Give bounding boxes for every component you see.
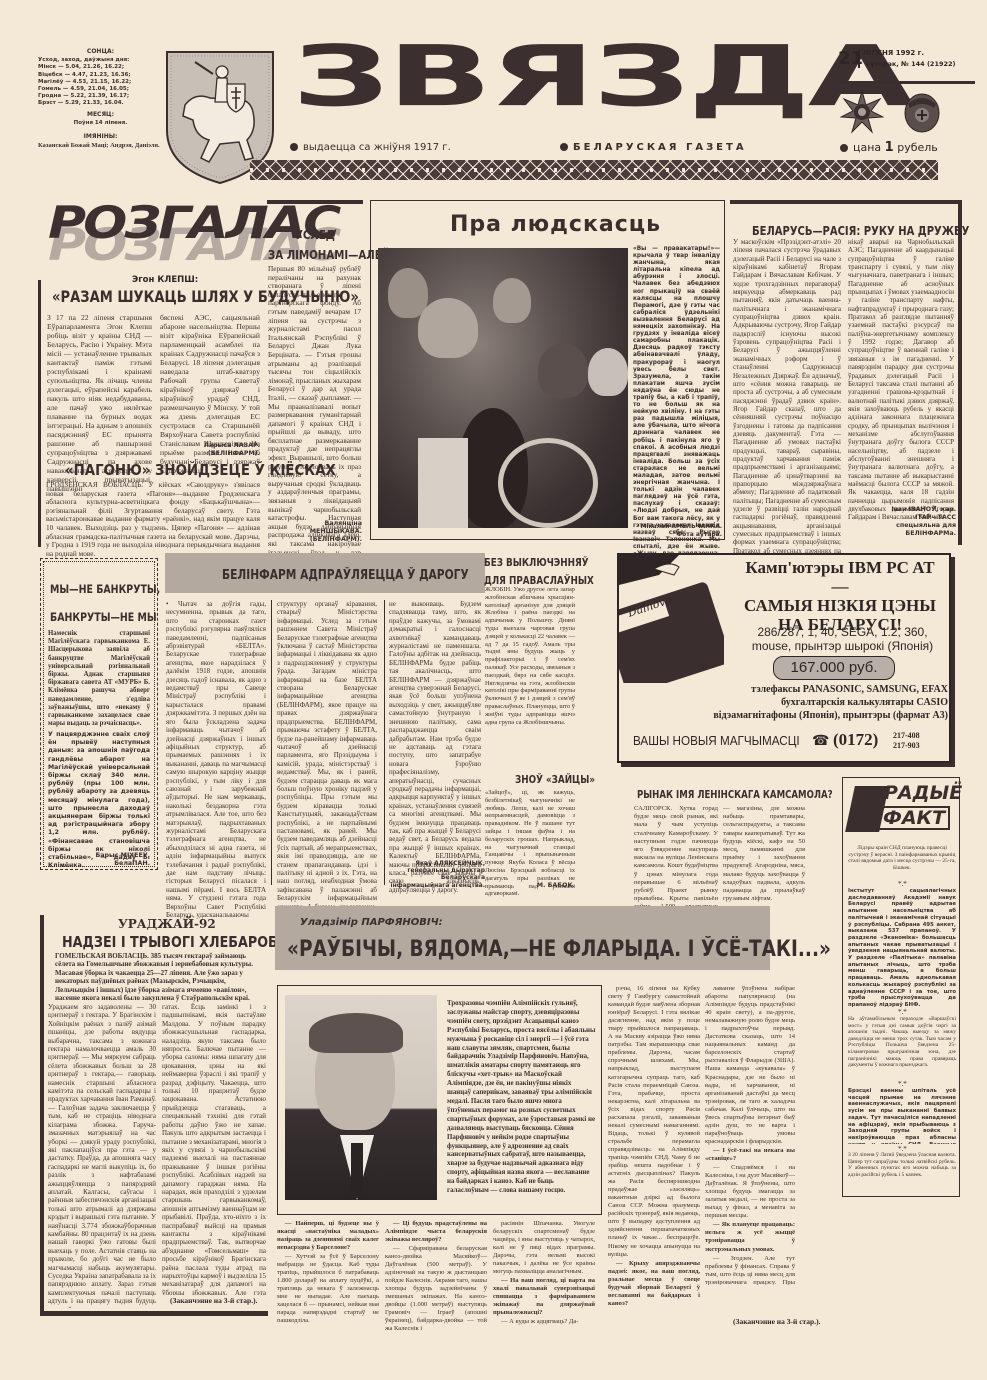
- article-body: структуру органаў кіравання, стварыў Мін…: [277, 600, 377, 919]
- radio-facts-logo: РАДЫЁ ФАКТ: [848, 782, 956, 838]
- article-body: САЛІГОРСК. Хутка горад будзе мець свой р…: [634, 805, 718, 920]
- article-body: ГРОДЗЕНСКАЯ ВОБЛАСЦЬ. У кіёсках «Саюздру…: [46, 481, 260, 558]
- moon-text: Поўня 14 ліпеня.: [38, 120, 163, 127]
- portrait-photo: [285, 995, 437, 1200]
- article-body: У маскоўскім «Прэзідэнт-атэлі» 20 ліпеня…: [733, 238, 841, 563]
- interview-answer: — Спадзяёмся і на Калесніка, і на дуэт М…: [705, 1164, 795, 1220]
- sun-row: Гродна — 5.22, 21.39, 16.17;: [38, 93, 163, 100]
- since-line: выдаецца са жніўня 1917 г.: [290, 142, 451, 153]
- interview-answer: расіянін Шпачанка. Увогуле беларускіх сп…: [493, 1220, 595, 1276]
- article-kicker: УРАДЖАЙ-92: [118, 917, 216, 931]
- rule: [40, 1311, 268, 1316]
- interview-question: — І ўсё-такі на некага вы «ставіце»?: [705, 1147, 795, 1163]
- interview-column: рэчы, 16 ліпеня на Кубку свету ў Гамбург…: [608, 985, 700, 1305]
- sun-row: Гомель — 4.59, 21.04, 16.05;: [38, 86, 163, 93]
- rule: [958, 200, 962, 545]
- article-headline: Пра людскасць: [450, 212, 661, 237]
- interview-column: расіянін Шпачанка. Увогуле беларускіх сп…: [493, 1220, 595, 1327]
- interview-answer: — Сфарміравана беларуская каноэ-двойка М…: [385, 1245, 487, 1333]
- interview-answer: — Згодзен. Але тут праблемы ў фінансах. …: [705, 1255, 795, 1285]
- bullet-icon: [560, 143, 568, 151]
- article-body: нікаў аварыі на Чарнобыльскай АЭС; Пагад…: [848, 238, 954, 522]
- interview-question: — Крыху апярэджваючы падзеі: якое, на ва…: [608, 1260, 700, 1305]
- issue-number: аўторак, № 144 (21922): [866, 60, 956, 68]
- photo-wheelchair-crowd: [378, 248, 628, 528]
- sun-row: Мінск — 5.04, 21.26, 16.22;: [38, 64, 163, 71]
- article-body: • Чытач за доўгія гады, несумненна, прыв…: [166, 600, 266, 919]
- rule: [384, 600, 385, 885]
- ad-footer: ВАШЫ НОВЫЯ МАГЧЫМАСЦІ: [633, 733, 800, 748]
- article-headline: «РАЗАМ ШУКАЦЬ ШЛЯХ У БУДУЧЫНЮ»: [52, 287, 262, 309]
- interview-column: лаванне ўпэўнена набірае абароты папуляр…: [705, 985, 795, 1285]
- article-headline: ЗНОЎ «ЗАЙЦЫ»: [515, 770, 615, 788]
- order-red-banner-cccp-icon: [900, 90, 944, 134]
- sun-intro: Усход, заход, даўжыня дня:: [38, 57, 163, 64]
- names-heading: ІМЯНІНЫ:: [38, 133, 163, 140]
- article-lead: Трохразовы чэмпіён Алімпійскіх гульняў, …: [447, 1000, 597, 1196]
- separator-asterisks: *.*: [898, 1008, 907, 1016]
- signature: Валянціна МЕНШЫКАВА. (БЕЛІНФАРМ).: [290, 520, 362, 544]
- continued-note: (Заканчэнне на 3-й стар.).: [733, 1317, 820, 1326]
- news-item: З 20 ліпеня ў Латвіі ўведзена ўласная ва…: [848, 1152, 956, 1178]
- signature: Якаў АЛЯКСЕЙЧЫК, генеральны дырэктар Бел…: [385, 860, 485, 889]
- date-month-year: ЛІПЕНЯ 1992 г.: [863, 49, 924, 57]
- sun-row: Магілёў — 4.53, 21.15, 16.22;: [38, 79, 163, 86]
- article-lead: ГОМЕЛЬСКАЯ ВОБЛАСЦЬ. 385 тысяч гектараў …: [55, 952, 267, 1002]
- news-item: На аўтамабільным пераходзе «Варшаўскі мо…: [848, 1016, 956, 1069]
- interview-column: — Найперш, ці будзеце вы ў якасці «наста…: [277, 1220, 379, 1326]
- telephone-icon: ☎: [812, 733, 829, 750]
- rozgalas-logo: РОЗГАЛАС РОЗГАЛАС: [40, 198, 280, 268]
- ad-price-badge: 167.000 руб.: [773, 656, 895, 680]
- interview-answer: — Хутчэй за ўсё ў Барселону выбрацца не …: [277, 1253, 379, 1325]
- rule: [267, 200, 363, 204]
- sun-heading: СОНЦА:: [38, 48, 163, 55]
- ad-phone-code: (0172): [833, 730, 878, 750]
- article-headline: УСЛЕД: [295, 226, 342, 244]
- signature: Барыс МІХЕЕЎ, БелаПАН.: [80, 852, 150, 868]
- newspaper-title: Звязда: [292, 42, 758, 112]
- article-headline: БЕЗ ВЫКЛЮЧЭННЯЎ: [484, 553, 615, 571]
- ad-specs: 286/287, 1, 40, SEGA, 1.2, 360, mouse, п…: [730, 625, 955, 653]
- interview-question: — Як плануеце працаваць: нельга ж усё жы…: [705, 1221, 795, 1253]
- article-headline: «РАЎБІЧЫ, ВЯДОМА,—НЕ ФЛАРЫДА. І ЎСЁ-ТАКІ…: [287, 937, 935, 962]
- interview-question: — На ваш погляд, ці варта на хвалі павал…: [493, 1277, 595, 1317]
- article-kicker: Эгон КЛЕПШ:: [132, 275, 198, 285]
- article-body: — магазіны, дзе можна набыць прамтавары,…: [723, 805, 805, 903]
- ad-phones: 217-408 217-903: [893, 731, 920, 751]
- news-item: Лідэры краін СНД плануюць правесці сустр…: [848, 845, 956, 871]
- ad-headline: Камп'ютэры IBM PC AT — САМЫЯ НІЗКІЯ ЦЭНЫ…: [735, 558, 945, 634]
- article-body: У пацвярджэнне сваіх слоў ён прывёў наст…: [48, 731, 150, 870]
- ad-lines: тэлефаксы PANASONIC, SAMSUNG, EFAX бухга…: [640, 683, 948, 722]
- date-rule: [840, 81, 975, 84]
- interview-question: — Ці будуць прадстаўлены на Алімпіядзе ч…: [385, 1220, 487, 1244]
- continued-note: (Заканчэнне на 3-й стар.).: [170, 1296, 257, 1305]
- subtitle-line: БЕЛАРУСКАЯ ГАЗЕТА: [560, 142, 747, 153]
- article-body: Ураджаем яго задаволены — 30 цэнтнераў з…: [48, 1003, 156, 1308]
- interview-answer: лаванне ўпэўнена набірае абароты папуляр…: [705, 985, 795, 1146]
- article-body: ЖЛОБІН. Ужо другое лета запар жлобінская…: [485, 586, 575, 726]
- rule: [40, 915, 44, 1315]
- article-body: гатах. Ёсць замінкі і з падшыпнікамі, як…: [162, 1003, 266, 1295]
- separator-asterisks: *.*: [898, 1080, 907, 1088]
- article-body: не выконваць. Будзем спадзявацца таму, ш…: [389, 600, 481, 894]
- briefcase-icon: [619, 555, 724, 683]
- interview-question: — Найперш, ці будзеце вы ў якасці «наста…: [277, 1220, 379, 1252]
- article-kicker: Уладзімір ПАРФЯНОВІЧ:: [300, 917, 443, 928]
- rule: [730, 200, 962, 204]
- moon-heading: МЕСЯЦ:: [38, 111, 163, 118]
- date-divider: [858, 50, 860, 68]
- news-item: Брэсцкі ваенны шпіталь усё часцей прымае…: [848, 1088, 956, 1144]
- signature: Іван ІВАНОЎ, кар. ІТАР—ТАСС спецыяльна д…: [880, 506, 956, 538]
- article-headline: БЕЛІНФАРМ АДПРАЎЛЯЕЦЦА Ў ДАРОГУ: [222, 566, 523, 584]
- order-patriotic-war-icon: [840, 90, 884, 134]
- price-line: цана 1 рубель: [840, 140, 938, 155]
- sun-row: Брэст — 5.29, 21.33, 16.04.: [38, 100, 163, 107]
- bullet-icon: [840, 144, 848, 152]
- names-text: Казанскай Божай Маці; Андрэя, Даніэля.: [38, 142, 163, 150]
- signature: Ларыса ЛАЗАР. (БЕЛІНФАРМ).: [180, 442, 260, 458]
- rule: [271, 600, 272, 885]
- bullet-icon: [290, 143, 298, 151]
- folk-ornament-band: [250, 160, 938, 180]
- interview-answer: рэчы, 16 ліпеня на Кубку свету ў Гамбург…: [608, 985, 700, 1259]
- almanac-box: СОНЦА: Усход, заход, даўжыня дня: Мінск …: [38, 45, 163, 150]
- sun-row: Віцебск — 4.47, 21.23, 16.36;: [38, 72, 163, 79]
- rule: [38, 280, 41, 547]
- signature: М. БАБОК.: [520, 882, 575, 890]
- separator-asterisks: *.*: [898, 880, 907, 888]
- interview-answer: — А куды ж адцягваць? Да-: [493, 1318, 595, 1326]
- article-headline: БАНКРУТЫ—НЕ МЫ: [50, 608, 180, 626]
- interview-column: — Ці будуць прадстаўлены на Алімпіядзе ч…: [385, 1220, 487, 1334]
- signature: Мікалай АМЕЛЬЧАНКА. Фота аўтара.: [640, 523, 722, 539]
- article-body: Намеснік старшыні Магілёўскага гарвыканк…: [48, 630, 150, 728]
